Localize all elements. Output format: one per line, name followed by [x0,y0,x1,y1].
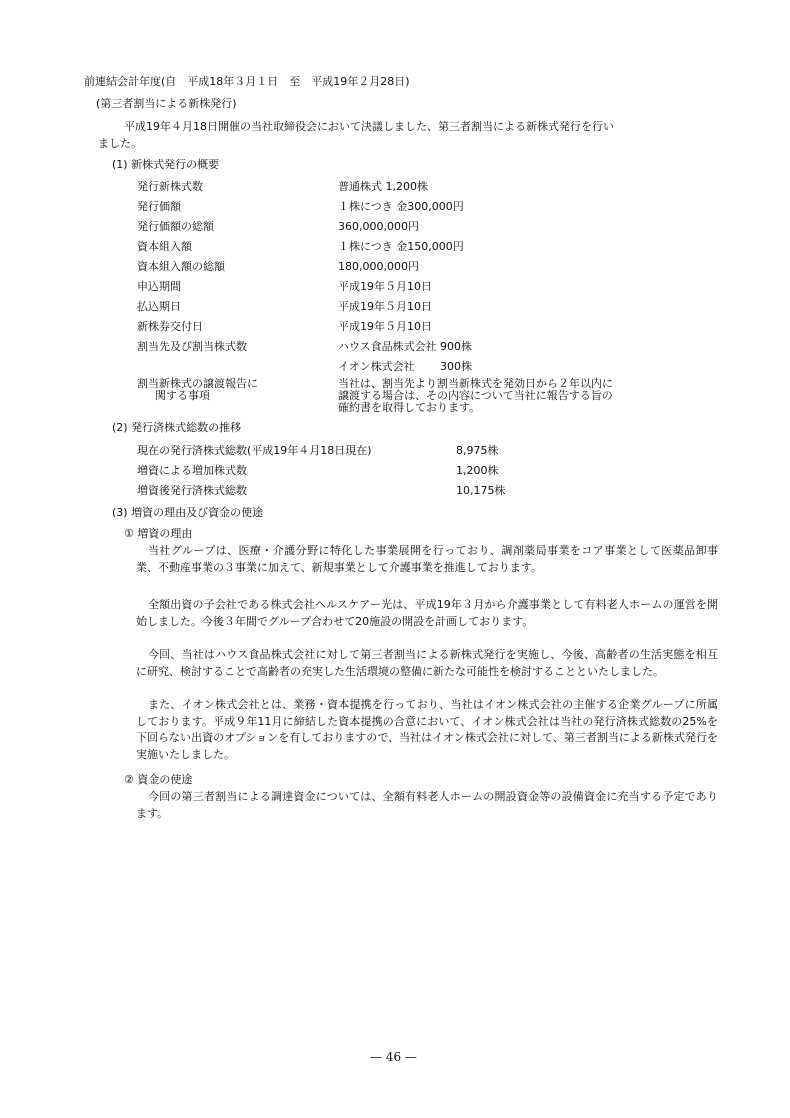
row-label: 発行新株式数 [137,180,203,194]
reason-paragraph: また、イオン株式会社とは、業務・資本提携を行っており、当社はイオン株式会社の主催… [136,697,718,763]
reason-paragraph: 全額出資の子会社である株式会社ヘルスケアー光は、平成19年３月から介護事業として… [136,597,718,630]
shares-transition-heading: (2) 発行済株式総数の推移 [112,421,241,435]
row-value: 平成19年５月10日 [338,280,432,294]
allottee-shares: 300株 [440,360,472,374]
row-label: 新株券交付日 [137,320,203,334]
row-label: 申込期間 [137,280,181,294]
allottee-shares: 900株 [440,340,472,354]
allottee-name: ハウス食品株式会社 [338,340,437,354]
overview-heading: (1) 新株式発行の概要 [112,158,219,172]
funds-paragraph: 今回の第三者割当による調達資金については、全額有料老人ホームの開設資金等の設備資… [136,789,718,822]
allottees-label: 割当先及び割当株式数 [137,340,247,354]
row-value: １株につき 金150,000円 [338,240,464,254]
reason-subheading: ① 増資の理由 [124,527,192,541]
row-label: 増資による増加株式数 [137,464,247,478]
row-value: 10,175株 [456,484,506,498]
row-label: 払込期日 [137,300,181,314]
row-value: 360,000,000円 [338,220,419,234]
funds-subheading: ② 資金の使途 [124,773,192,787]
row-label: 現在の発行済株式総数(平成19年４月18日現在) [137,444,372,458]
row-value: １株につき 金300,000円 [338,200,464,214]
intro-line-2: ました。 [98,137,142,151]
row-label: 発行価額の総額 [137,220,214,234]
row-label: 増資後発行済株式総数 [137,484,247,498]
intro-line-1: 平成19年４月18日開催の当社取締役会において決議しました、第三者割当による新株… [124,120,614,134]
transfer-value-3: 確約書を取得しております。 [338,401,480,415]
row-label: 資本組入額の総額 [137,260,225,274]
page-number: — 46 — [370,1050,417,1064]
row-value: 180,000,000円 [338,260,419,274]
row-value: 普通株式 1,200株 [338,180,428,194]
row-value: 平成19年５月10日 [338,300,432,314]
transfer-label-2: 関する事項 [155,389,210,403]
section-title: (第三者割当による新株発行) [96,97,237,111]
row-label: 発行価額 [137,200,181,214]
row-value: 8,975株 [456,444,499,458]
reason-paragraph: 今回、当社はハウス食品株式会社に対して第三者割当による新株式発行を実施し、今後、… [136,647,718,680]
row-label: 資本組入額 [137,240,192,254]
row-value: 平成19年５月10日 [338,320,432,334]
row-value: 1,200株 [456,464,499,478]
reasons-heading: (3) 増資の理由及び資金の使途 [112,506,263,520]
allottee-name: イオン株式会社 [338,360,415,374]
reason-paragraph: 当社グループは、医療・介護分野に特化した事業展開を行っており、調剤薬局事業をコア… [136,543,718,576]
period-heading: 前連結会計年度(自 平成18年３月１日 至 平成19年２月28日) [84,75,410,89]
